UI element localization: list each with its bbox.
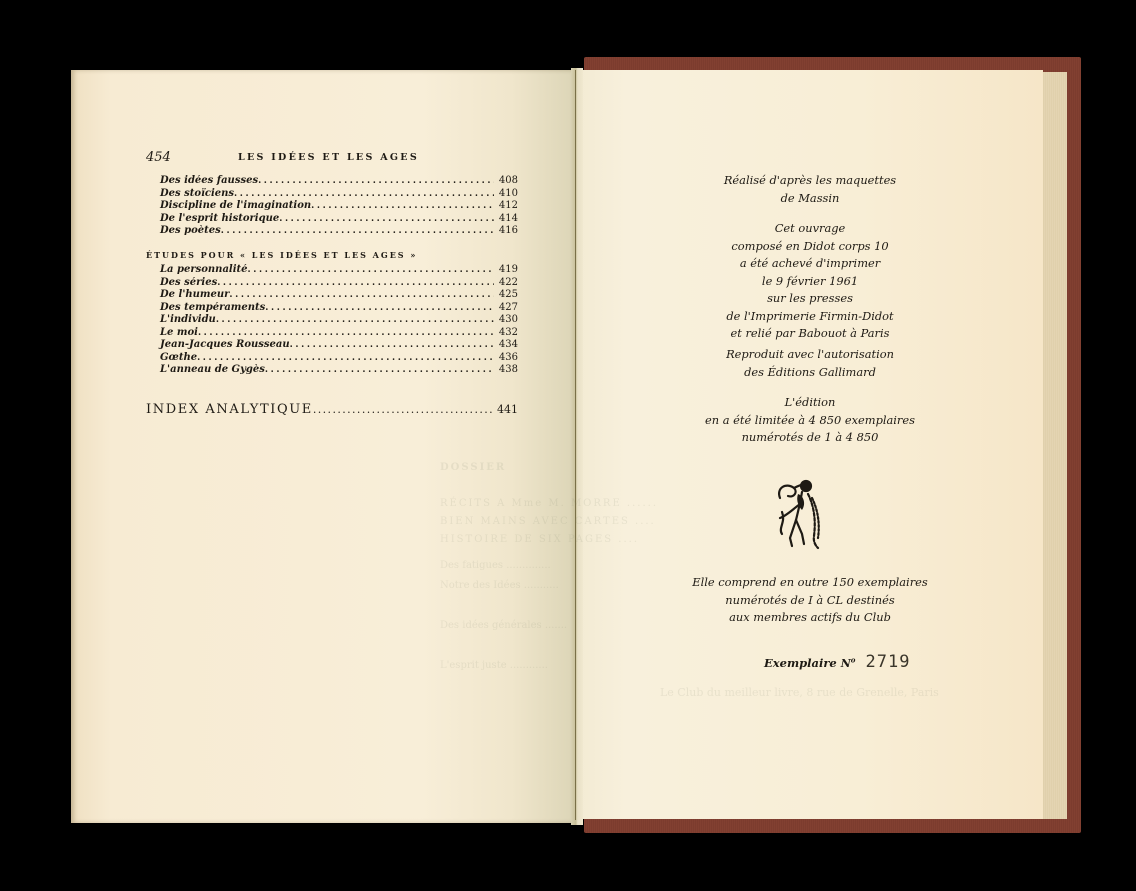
leader-dots: ........................................… xyxy=(313,403,492,416)
toc-entry-title: Jean-Jacques Rousseau xyxy=(146,339,290,350)
colophon-line: des Éditions Gallimard xyxy=(680,364,940,382)
section-heading: ÉTUDES POUR « LES IDÉES ET LES AGES » xyxy=(146,250,417,260)
book-gutter xyxy=(571,68,583,825)
copy-number-label: Exemplaire xyxy=(764,656,837,670)
leader-dots: ........................................… xyxy=(234,189,494,199)
running-head-title: LES IDÉES ET LES AGES xyxy=(238,152,419,163)
leader-dots: ........................................… xyxy=(279,214,494,224)
colophon-line: le 9 février 1961 xyxy=(680,273,940,291)
show-through-text: DOSSIER xyxy=(440,462,506,473)
toc-entry-page: 422 xyxy=(494,277,518,288)
toc-entry: De l'esprit historique..................… xyxy=(146,213,518,226)
colophon-line: composé en Didot corps 10 xyxy=(680,238,940,256)
toc-entry: Des poètes..............................… xyxy=(146,225,518,238)
colophon-permission: Reproduit avec l'autorisation des Éditio… xyxy=(680,346,940,381)
leader-dots: ........................................… xyxy=(290,340,494,350)
index-title: INDEX ANALYTIQUE xyxy=(146,402,313,417)
colophon-club-copies: Elle comprend en outre 150 exemplaires n… xyxy=(680,574,940,627)
index-page: 441 xyxy=(492,403,518,416)
colophon-line: de Massin xyxy=(680,190,940,208)
colophon-line: aux membres actifs du Club xyxy=(680,609,940,627)
toc-section-1: Des idées fausses.......................… xyxy=(146,175,518,238)
toc-entry-page: 425 xyxy=(494,289,518,300)
leader-dots: ........................................… xyxy=(198,328,494,338)
toc-entry-title: Des poètes xyxy=(146,225,221,236)
toc-entry: Discipline de l'imagination.............… xyxy=(146,200,518,213)
colophon-line: Elle comprend en outre 150 exemplaires xyxy=(680,574,940,592)
leader-dots: ........................................… xyxy=(248,265,494,275)
colophon-line: en a été limitée à 4 850 exemplaires xyxy=(680,412,940,430)
toc-entry-page: 434 xyxy=(494,339,518,350)
toc-entry-title: Des stoïciens xyxy=(146,188,234,199)
leader-dots: ........................................… xyxy=(217,278,494,288)
toc-entry-title: Discipline de l'imagination xyxy=(146,200,311,211)
toc-entry: Le moi..................................… xyxy=(146,327,518,340)
colophon-line: Reproduit avec l'autorisation xyxy=(680,346,940,364)
colophon-line: numérotés de I à CL destinés xyxy=(680,592,940,610)
toc-entry-page: 412 xyxy=(494,200,518,211)
colophon-line: sur les presses xyxy=(680,290,940,308)
toc-entry-page: 410 xyxy=(494,188,518,199)
copy-number-value: 2719 xyxy=(865,652,910,672)
toc-entry-page: 416 xyxy=(494,225,518,236)
leader-dots: ........................................… xyxy=(229,290,494,300)
toc-entry-title: Gœthe xyxy=(146,352,197,363)
colophon-printing: Cet ouvrage composé en Didot corps 10 a … xyxy=(680,220,940,343)
toc-entry-page: 430 xyxy=(494,314,518,325)
colophon-line: et relié par Babouot à Paris xyxy=(680,325,940,343)
running-head: 454 LES IDÉES ET LES AGES xyxy=(146,150,518,166)
toc-entry-title: La personnalité xyxy=(146,264,248,275)
show-through-text: Notre des Idées ........... xyxy=(440,580,559,591)
toc-entry-title: Le moi xyxy=(146,327,198,338)
colophon-edition: L'édition en a été limitée à 4 850 exemp… xyxy=(680,394,940,447)
toc-entry-title: De l'humeur xyxy=(146,289,229,300)
number-sign-superscript: o xyxy=(851,655,856,664)
gutter-crease xyxy=(575,70,576,820)
toc-entry-title: De l'esprit historique xyxy=(146,213,279,224)
leader-dots: ........................................… xyxy=(265,303,494,313)
show-through-text: L'esprit juste ............ xyxy=(440,660,548,671)
toc-entry-page: 419 xyxy=(494,264,518,275)
colophon-line: Cet ouvrage xyxy=(680,220,940,238)
toc-entry-title: Des séries xyxy=(146,277,217,288)
show-through-text: BIEN MAINS AVEC CARTES .... xyxy=(440,516,656,527)
colophon-line: numérotés de 1 à 4 850 xyxy=(680,429,940,447)
page-block-edge xyxy=(1043,72,1067,819)
colophon-design-credit: Réalisé d'après les maquettes de Massin xyxy=(680,172,940,207)
leader-dots: ........................................… xyxy=(265,365,494,375)
page-number: 454 xyxy=(146,150,171,165)
toc-entry: Des tempéraments........................… xyxy=(146,302,518,315)
colophon-line: L'édition xyxy=(680,394,940,412)
toc-entry-title: Des idées fausses xyxy=(146,175,258,186)
toc-entry: Des séries..............................… xyxy=(146,277,518,290)
leader-dots: ........................................… xyxy=(221,226,494,236)
toc-entry-title: Des tempéraments xyxy=(146,302,265,313)
leader-dots: ........................................… xyxy=(311,201,494,211)
show-through-text: Des idées générales ....... xyxy=(440,620,567,631)
copy-number: Exemplaire No 2719 xyxy=(764,652,910,672)
toc-entry-page: 432 xyxy=(494,327,518,338)
toc-entry-page: 438 xyxy=(494,364,518,375)
leader-dots: ........................................… xyxy=(258,176,494,186)
toc-section-2: La personnalité.........................… xyxy=(146,264,518,377)
show-through-text: RÉCITS A Mme M. MORRE ...... xyxy=(440,498,658,509)
toc-entry: L'anneau de Gygès.......................… xyxy=(146,364,518,377)
number-sign: No xyxy=(841,657,856,670)
toc-entry-title: L'anneau de Gygès xyxy=(146,364,265,375)
leader-dots: ........................................… xyxy=(197,353,494,363)
colophon-line: Réalisé d'après les maquettes xyxy=(680,172,940,190)
show-through-text: Des fatigues .............. xyxy=(440,560,551,571)
toc-entry: Des stoïciens...........................… xyxy=(146,188,518,201)
show-through-text: Le Club du meilleur livre, 8 rue de Gren… xyxy=(660,686,939,699)
show-through-text: HISTOIRE DE SIX PAGES .... xyxy=(440,534,639,545)
colophon-line: de l'Imprimerie Firmin-Didot xyxy=(680,308,940,326)
toc-entry-title: L'individu xyxy=(146,314,216,325)
toc-entry-page: 408 xyxy=(494,175,518,186)
leader-dots: ........................................… xyxy=(216,315,494,325)
toc-entry: Jean-Jacques Rousseau...................… xyxy=(146,339,518,352)
toc-entry-page: 436 xyxy=(494,352,518,363)
toc-entry: De l'humeur.............................… xyxy=(146,289,518,302)
cherub-ornament-icon xyxy=(772,476,824,552)
toc-entry: L'individu..............................… xyxy=(146,314,518,327)
colophon-line: a été achevé d'imprimer xyxy=(680,255,940,273)
toc-entry: Des idées fausses.......................… xyxy=(146,175,518,188)
toc-entry-page: 427 xyxy=(494,302,518,313)
toc-index-entry: INDEX ANALYTIQUE........................… xyxy=(146,402,518,417)
number-sign-letter: N xyxy=(841,657,851,670)
toc-entry: La personnalité.........................… xyxy=(146,264,518,277)
toc-entry: Gœthe...................................… xyxy=(146,352,518,365)
toc-entry-page: 414 xyxy=(494,213,518,224)
